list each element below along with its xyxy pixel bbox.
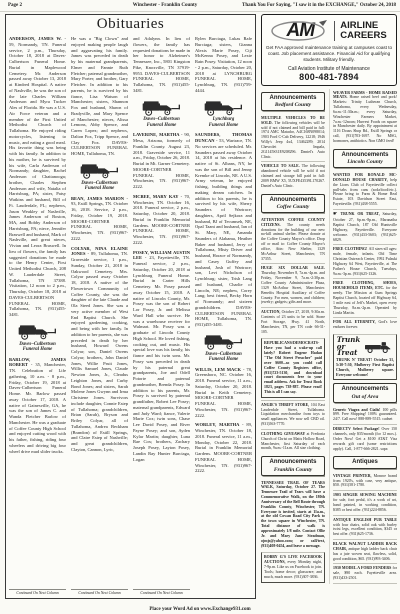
- continued-note: Continued On Next Column: [9, 589, 66, 596]
- classified-ad: FREE CLOTHING, SHOES, HOUSEHOLD ITEMS, E…: [333, 278, 397, 317]
- section-header-line2: Lincoln County: [334, 159, 396, 166]
- carriage-icon: [195, 334, 252, 352]
- footer-note: Place your Word Ad on www.Exchange931.co…: [0, 607, 400, 612]
- classified-ad: ANGIE'S THRIFT STORE, 104 East Lauderdal…: [261, 400, 325, 429]
- classified-ad-lead: FOR ALL ETERNITY,: [333, 320, 378, 324]
- obit-entry: POSEY, WILLIAM AUSTIN LEE - 23, Fayettev…: [133, 250, 190, 463]
- obituaries-title: Obituaries: [9, 16, 252, 33]
- funeral-home-logo-text: Daves~CulbertsonFuneral Home: [195, 352, 252, 363]
- classified-ad: BLACK WALNUT LADDER BACK CHAIR, antique …: [333, 539, 397, 563]
- funeral-home-logo-line: Funeral Home: [71, 186, 128, 192]
- classified-ad-lead: 1930 MODEL A FORD FENDERS: [333, 566, 392, 570]
- trunk-ad-text: TRUNK N' TREAT! October 31, 5:30-7:30, M…: [336, 358, 394, 377]
- classified-ad: 1903 SINGER SEWING MACHINE for sale, foo…: [333, 490, 397, 514]
- airline-careers-ad: AM AIRLINE CAREERS Get FAA approved main…: [261, 14, 397, 86]
- section-header-line2: Bedford County: [262, 102, 324, 109]
- classified-ad: ☛ TRUNK OR TREAT, Saturday, October 27, …: [333, 209, 397, 244]
- section-header-line1: Announcements: [262, 197, 324, 204]
- classified-columns: AnnouncementsBedford CountyMULTIPLE VEHI…: [261, 89, 397, 584]
- funeral-home-logo-line: Funeral Home: [195, 123, 252, 129]
- obit-entry: LAVERINE, MARTHA - 90, Mesa, Arizona, fo…: [133, 132, 190, 190]
- obit-name: SAUNDERS, THOMAS DUNCAN: [195, 132, 252, 143]
- classified-ad-lead: CLOTHING GIVEAWAY: [261, 432, 307, 436]
- section-header-line2: Franklin County: [262, 467, 324, 474]
- classified-column-right: WEAVER FARMS - HOME RAISED MEATS. Home r…: [329, 89, 397, 584]
- page-number: Page 2: [8, 3, 22, 8]
- classified-ad: VEHICLE TO SALE. The following abandoned…: [261, 161, 325, 190]
- funeral-home-logo-text: Daves~CulbertsonFuneral Home: [133, 117, 190, 128]
- funeral-home-logo: Daves~CulbertsonFuneral Home: [195, 334, 252, 363]
- obituary-column-3: and Adalynn. In lieu of flowers, the fam…: [133, 36, 190, 596]
- funeral-home-logo: Daves~CulbertsonFuneral Home: [71, 163, 128, 192]
- obituary-columns: ANDERSON, JAMES W. - 59, Normandy, TN. F…: [9, 36, 252, 596]
- section-header-line2: Coffee County: [262, 204, 324, 211]
- section-header: AnnouncementsBedford County: [261, 92, 325, 111]
- truck-icon: [363, 340, 393, 355]
- obit-name: ANDERSON, JAMES W.: [9, 36, 65, 41]
- classified-ad-lead: Generic Viagra and Cialis!: [333, 408, 382, 412]
- obit-continuation: He was a "Big Clown" and enjoyed making …: [71, 36, 128, 157]
- classified-ad: ATTENTION COFFEE COUNTY CITIZENS. The co…: [261, 216, 325, 264]
- obituary-column-1: ANDERSON, JAMES W. - 59, Normandy, TN. F…: [9, 36, 66, 596]
- airline-title-line2: CAREERS: [340, 31, 386, 41]
- trunk-logo-text: TrunkorTreat: [337, 337, 360, 357]
- continued-note: Continued On Next Column: [71, 589, 128, 596]
- obituary-column-4: Rylen Burciaga, Lukas Rafe Burciaga; sis…: [195, 36, 252, 596]
- obit-entry: WILLIS, LEM MACK - 78, Greensboro, NC. O…: [195, 367, 252, 419]
- am-logo: AM: [271, 19, 329, 43]
- carriage-icon: [133, 100, 190, 118]
- classified-ad: ANTIQUE ENGLISH PUB TABLE with four chai…: [333, 515, 397, 539]
- classified-ad: HUGE SIX DOLLAR SALE. Thursday, November…: [261, 263, 325, 307]
- classified-ad-lead: WANTED FOR RONALD MC-DONALD HOUSE CHARIT…: [333, 173, 397, 182]
- obit-name: POSEY, WILLIAM AUSTIN LEE: [133, 250, 190, 261]
- classified-ad: WEAVER FARMS - HOME RAISED MEATS. Home r…: [333, 89, 397, 146]
- funeral-home-logo-line: Funeral Home: [195, 357, 252, 363]
- classified-ad-lead: FREE CLOTHING!: [333, 247, 369, 251]
- funeral-home-logo-line: Funeral Home: [133, 123, 190, 129]
- funeral-home-logo-line: Funeral Home: [9, 347, 66, 353]
- airline-ad-phone: 800-481-7894: [265, 72, 393, 82]
- funeral-home-logo: Daves~CulbertsonFuneral Home: [9, 324, 66, 353]
- classified-ad: TENNESSEE TRAIL OF TEARS WALK, Saturday,…: [261, 479, 325, 551]
- obit-entry: MCBEE, MARY KAY - 70, Winchester, TN. Oc…: [133, 194, 190, 246]
- classified-ad-lead: ANTIQUE ENGLISH PUB TABLE: [333, 518, 397, 522]
- obit-name: BARLOW, JAMES ROBERT: [9, 357, 66, 368]
- obit-name: MCBEE, MARY KAY: [133, 194, 181, 199]
- obit-name: COLYAR, NINA ELAINE JONES: [71, 246, 128, 257]
- section-header: Antiques: [333, 456, 397, 468]
- classified-ad: 1930 MODEL A FORD FENDERS for sale, $90 …: [333, 563, 397, 583]
- funeral-home-logo-text: Daves~CulbertsonFuneral Home: [71, 181, 128, 192]
- section-header-line1: Announcements: [262, 459, 324, 466]
- airplane-swoosh-icon: [271, 19, 329, 43]
- classified-ad-lead: BLACK WALNUT LADDER BACK CHAIR,: [333, 542, 397, 551]
- classified-ad-lead: VINTAGE PRINTER,: [333, 474, 374, 478]
- obit-name: LAVERINE, MARTHA: [133, 132, 181, 137]
- classified-ad: FOR ALL ETERNITY, God's love endures for…: [333, 317, 397, 332]
- obit-name: WORLEY, MARTHA: [195, 422, 242, 427]
- classified-ad: DIRECTV Select Package! Over 150 channel…: [333, 424, 397, 453]
- classified-ad: BOBBY G'S LIVE FACEBOOK AUCTIONS, every …: [261, 552, 325, 582]
- obit-entry: COLYAR, NINA ELAINE JONES - 89, Tullahom…: [71, 246, 128, 453]
- obit-name: BEAN, JAMES MARION: [71, 196, 127, 201]
- section-header-line2: Out of Area: [334, 394, 396, 401]
- classified-ad-lead: HUGE SIX DOLLAR SALE.: [261, 266, 325, 270]
- newspaper-page: Page 2 Winchester - Franklin County Than…: [0, 0, 400, 614]
- classified-ad-lead: MULTIPLE VEHICLES TO BE SOLD.: [261, 116, 325, 125]
- section-header-line1: Announcements: [334, 386, 396, 393]
- classified-ad: FREE CLOTHING! All sizes-all ages: male,…: [333, 244, 397, 278]
- classified-ad-lead: TRUNK OR TREAT,: [341, 212, 383, 216]
- classified-ad-lead: VEHICLE TO SALE.: [261, 164, 302, 168]
- classified-ad: MULTIPLE VEHICLES TO BE SOLD. The follow…: [261, 114, 325, 162]
- classified-ad-lead: ATTENTION COFFEE COUNTY CITIZENS.: [261, 218, 325, 227]
- trunk-or-treat-logo: TrunkorTreat: [336, 337, 394, 357]
- obituaries-section: Obituaries ANDERSON, JAMES W. - 59, Norm…: [5, 14, 256, 599]
- carriage-icon: [195, 100, 252, 118]
- section-header-line1: Announcements: [262, 95, 324, 102]
- classified-ad-lead: AUCTION,: [261, 310, 282, 314]
- carriage-icon: [71, 163, 128, 181]
- section-header-line1: Antiques: [334, 459, 396, 466]
- classified-ad: AUCTION, October 27, 2018, 9:30a.m. Cont…: [261, 307, 325, 336]
- carriage-icon: [9, 324, 66, 342]
- classified-ad-lead: DIRECTV Select Package!: [333, 427, 381, 431]
- classified-ad: ANTIQUE MAYTAG WRINGER WASHER, working m…: [333, 583, 397, 584]
- obit-entry: SAUNDERS, THOMAS DUNCAN - 53, Wartrace, …: [195, 132, 252, 328]
- obit-entry: WORLEY, MARTHA - 89, Winchester, TN. Oct…: [195, 422, 252, 474]
- pointing-hand-icon: ☛: [333, 212, 341, 217]
- obituary-column-2: He was a "Big Clown" and enjoyed making …: [71, 36, 128, 596]
- obit-entry: ANDERSON, JAMES W. - 59, Normandy, TN. F…: [9, 36, 66, 318]
- obit-continuation: and Adalynn. In lieu of flowers, the fam…: [133, 36, 190, 94]
- masthead-slogan: Thank You For Saying, "I saw it in the E…: [242, 3, 396, 8]
- classified-ad: CLOTHING GIVEAWAY at Fredonia Church of …: [261, 429, 325, 453]
- classifieds-rail: AM AIRLINE CAREERS Get FAA approved main…: [261, 14, 397, 612]
- classified-ad: REPUBLICANS/DEMOCRATS- Have you had a wa…: [261, 338, 325, 397]
- obit-name: WILLIS, LEM MACK: [195, 367, 243, 372]
- classified-ad: VINTAGE PRINTER, Monroe brand from 1920'…: [333, 472, 397, 491]
- section-header: AnnouncementsFranklin County: [261, 456, 325, 475]
- funeral-home-logo: Daves~CulbertsonFuneral Home: [133, 100, 190, 129]
- airline-ad-header: AM AIRLINE CAREERS: [265, 19, 393, 43]
- classified-ad-lead: ANGIE'S THRIFT STORE,: [261, 403, 311, 407]
- funeral-home-logo-text: LynchburgFuneral Home: [195, 117, 252, 128]
- masthead: Page 2 Winchester - Franklin County Than…: [0, 0, 400, 12]
- section-header: AnnouncementsCoffee County: [261, 194, 325, 213]
- airline-ad-title: AIRLINE CAREERS: [334, 21, 386, 41]
- section-header: AnnouncementsLincoln County: [333, 149, 397, 168]
- classified-ad-lead: 1903 SINGER SEWING MACHINE: [333, 493, 397, 497]
- airline-ad-body: Get FAA approved maintenance training at…: [265, 45, 393, 64]
- classified-ad-lead: FREE CLOTHING, SHOES, HOUSEHOLD ITEMS, E…: [333, 281, 397, 290]
- funeral-home-logo: LynchburgFuneral Home: [195, 100, 252, 129]
- obit-entry: BARLOW, JAMES ROBERT - 35, Manchester, T…: [9, 357, 66, 455]
- trunk-or-treat-ad: TrunkorTreatTRUNK N' TREAT! October 31, …: [333, 334, 397, 380]
- section-header: AnnouncementsOut of Area: [333, 383, 397, 402]
- continued-note: Continued On Next Column: [133, 589, 190, 596]
- obit-entry: BEAN, JAMES MARION - 93, Estill Springs,…: [71, 196, 128, 242]
- classified-ad: WANTED FOR RONALD MC-DONALD HOUSE CHARIT…: [333, 171, 397, 209]
- classified-ad: Generic Viagra and Cialis! 100 pills $99…: [333, 406, 397, 425]
- funeral-home-logo-text: Daves~CulbertsonFuneral Home: [9, 342, 66, 353]
- classified-column-left: AnnouncementsBedford CountyMULTIPLE VEHI…: [261, 89, 325, 584]
- classified-ad-lead: BOBBY G'S LIVE FACEBOOK AUCTIONS,: [264, 555, 322, 564]
- trunk-logo-line: Treat: [337, 350, 360, 357]
- obit-continuation: Rylen Burciaga, Lukas Rafe Burciaga; sis…: [195, 36, 252, 94]
- classified-ad-lead: WEAVER FARMS - HOME RAISED MEATS.: [333, 91, 397, 100]
- classified-ad-lead: REPUBLICANS/DEMOCRATS-: [264, 341, 319, 345]
- section-header-line1: Announcements: [334, 152, 396, 159]
- classified-ad-lead: TENNESSEE TRAIL OF TEARS WALK,: [261, 481, 325, 490]
